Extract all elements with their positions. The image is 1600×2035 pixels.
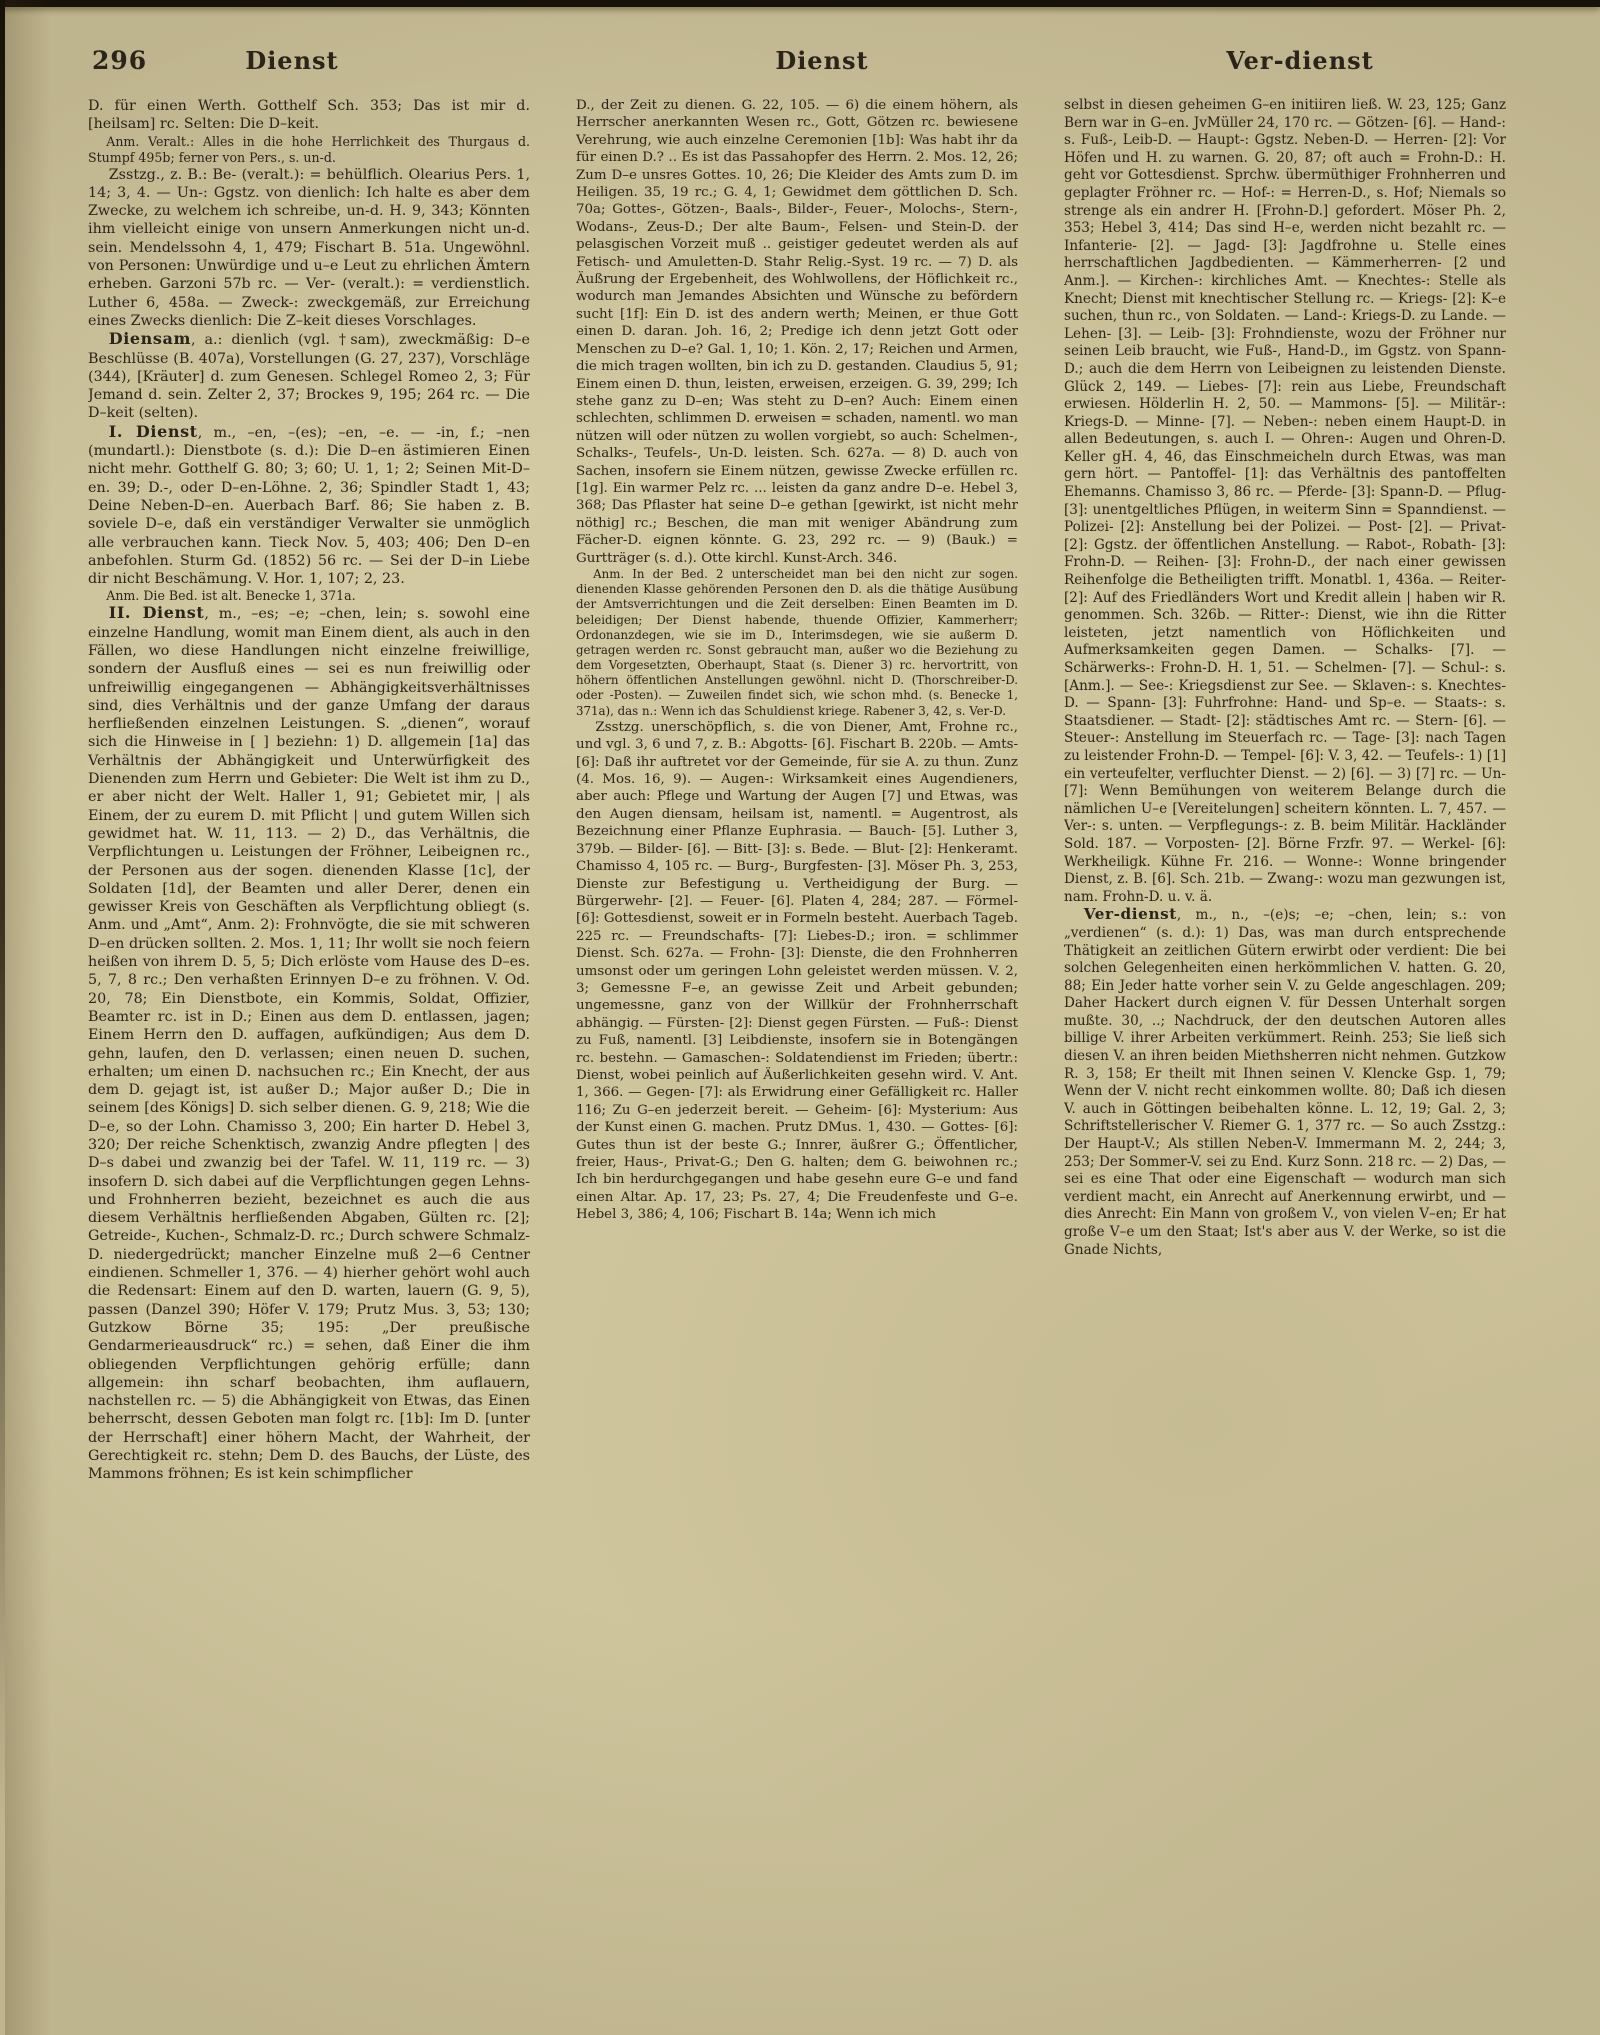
column-1: D. für einen Werth. Gotthelf Sch. 353; D… bbox=[88, 97, 530, 1484]
running-head-center: Dienst bbox=[775, 46, 868, 75]
binding-gutter-shade bbox=[5, 0, 51, 2035]
entry-headword: Ver-dienst bbox=[1084, 905, 1177, 923]
column-2: D., der Zeit zu dienen. G. 22, 105. — 6)… bbox=[576, 97, 1018, 1224]
paragraph: Zsstzg., z. B.: Be- (veralt.): = behülfl… bbox=[88, 166, 530, 331]
text-columns: D. für einen Werth. Gotthelf Sch. 353; D… bbox=[88, 97, 1508, 1484]
paragraph: Anm. Die Bed. ist alt. Benecke 1, 371a. bbox=[88, 588, 530, 604]
dictionary-page: 296 Dienst Dienst Ver-dienst D. für eine… bbox=[0, 0, 1600, 2035]
column-3: selbst in diesen geheimen G–en initiiren… bbox=[1064, 97, 1506, 1259]
paragraph: II. Dienst, m., –es; –e; –chen, lein; s.… bbox=[88, 604, 530, 1483]
paragraph: Zsstzg. unerschöpflich, s. die von Diene… bbox=[576, 719, 1018, 1224]
entry-headword: I. Dienst bbox=[109, 422, 198, 441]
paragraph: selbst in diesen geheimen G–en initiiren… bbox=[1064, 97, 1506, 906]
paragraph: Anm. In der Bed. 2 unterscheidet man bei… bbox=[576, 567, 1018, 719]
entry-headword: II. Dienst bbox=[109, 603, 205, 622]
paragraph: D. für einen Werth. Gotthelf Sch. 353; D… bbox=[88, 97, 530, 134]
page-number: 296 bbox=[92, 46, 147, 75]
paragraph: I. Dienst, m., –en, –(es); –en, –e. — -i… bbox=[88, 423, 530, 589]
paragraph: Ver-dienst, m., n., –(e)s; –e; –chen, le… bbox=[1064, 906, 1506, 1259]
paragraph: Diensam, a.: dienlich (vgl. †sam), zweck… bbox=[88, 330, 530, 422]
paragraph: D., der Zeit zu dienen. G. 22, 105. — 6)… bbox=[576, 97, 1018, 567]
running-head-left: Dienst bbox=[245, 46, 338, 75]
entry-headword: Diensam bbox=[109, 329, 191, 348]
paragraph: Anm. Veralt.: Alles in die hohe Herrlich… bbox=[88, 134, 530, 166]
scan-edge-top bbox=[0, 0, 1600, 7]
running-head-right: Ver-dienst bbox=[1226, 46, 1374, 75]
